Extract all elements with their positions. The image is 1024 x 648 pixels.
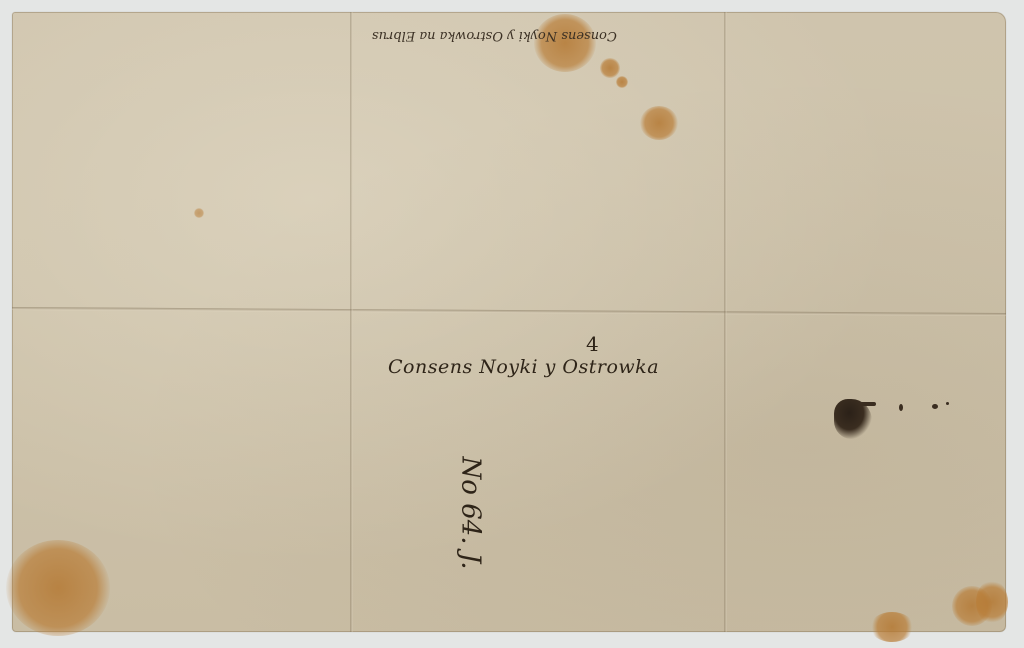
upside-down-inscription: Consens Noyki y Ostrowka na Elbrus (372, 28, 617, 43)
stain-top-small-2 (616, 76, 628, 88)
center-title-inscription: Consens Noyki y Ostrowka (388, 356, 659, 378)
stain-bottom-left (6, 540, 110, 636)
rotated-reference-inscription: No 64. J. (455, 457, 485, 570)
ink-speck (860, 402, 876, 406)
stain-bottom-right-2 (976, 580, 1008, 624)
stain-small-left (194, 208, 204, 218)
vertical-fold-line-right (724, 12, 727, 632)
center-number-inscription: 4 (586, 332, 599, 356)
ink-speck (946, 402, 949, 405)
stain-top-small-1 (600, 58, 620, 78)
stain-bottom-edge (870, 612, 914, 642)
ink-speck (899, 404, 903, 411)
manuscript-sheet: Consens Noyki y Ostrowka na Elbrus Conse… (12, 12, 1006, 632)
ink-speck (932, 404, 938, 409)
stain-top-large (534, 14, 596, 72)
horizontal-fold-line (12, 307, 1006, 316)
stain-top-right (640, 106, 678, 140)
vertical-fold-line-left (350, 12, 353, 632)
